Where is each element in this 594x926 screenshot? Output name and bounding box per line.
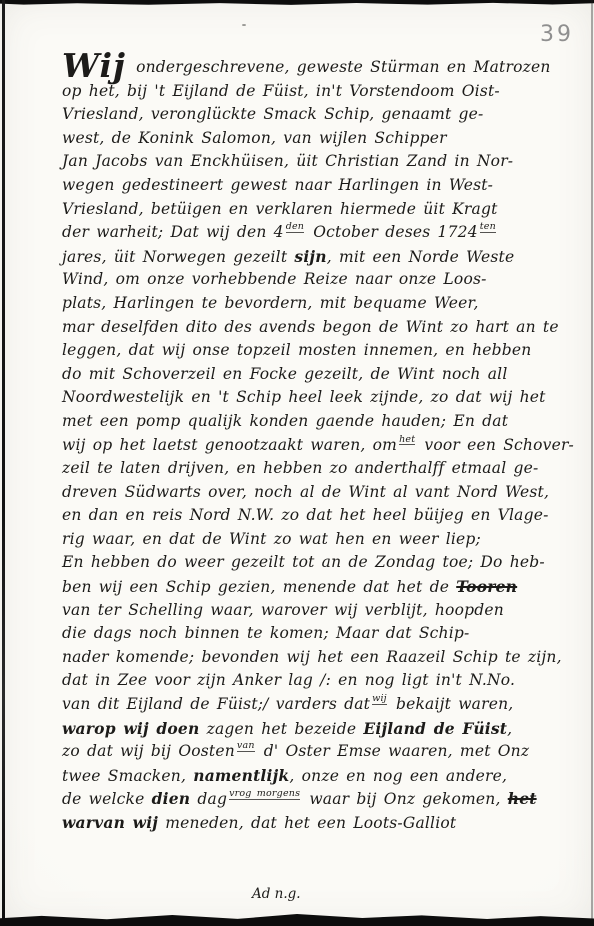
manuscript-text-segment: dreven Südwarts over, noch al de Wint al…: [62, 483, 549, 501]
manuscript-line: Vriesland, betüigen en verklaren hiermed…: [62, 198, 578, 222]
manuscript-text-segment: leggen, dat wij onse topzeil mosten inne…: [62, 341, 531, 359]
manuscript-text-segment: ondergeschrevene, geweste Stürman en Mat…: [129, 58, 551, 76]
manuscript-line: jares, üit Norwegen gezeilt sijn, mit ee…: [62, 245, 578, 269]
manuscript-text-segment: En hebben do weer gezeilt tot an de Zond…: [62, 553, 545, 571]
manuscript-text-segment: Vriesland, veronglückte Smack Schip, gen…: [62, 105, 483, 123]
manuscript-line: warop wij doen zagen het bezeide Eijland…: [62, 717, 578, 741]
manuscript-text-segment: jares, üit Norwegen gezeilt: [62, 248, 294, 266]
manuscript-text-segment: zeil te laten drijven, en hebben zo ande…: [62, 459, 538, 477]
manuscript-text-segment: van ter Schelling waar, warover wij verb…: [62, 601, 504, 619]
manuscript-text-segment: namentlijk: [193, 766, 289, 785]
manuscript-line: Wij ondergeschrevene, geweste Stürman en…: [62, 56, 578, 80]
inserted-word: wij: [372, 694, 387, 705]
scan-border-left: [2, 0, 5, 926]
manuscript-line: der warheit; Dat wij den 4den October de…: [62, 221, 578, 245]
inserted-word: het: [399, 435, 415, 446]
manuscript-text-segment: Noordwestelijk en 't Schip heel leek zij…: [62, 388, 546, 406]
manuscript-line: west, de Konink Salomon, van wijlen Schi…: [62, 127, 578, 151]
manuscript-line: en dan en reis Nord N.W. zo dat het heel…: [62, 504, 578, 528]
manuscript-text-segment: sijn: [294, 247, 326, 266]
inserted-word: den: [286, 222, 304, 233]
manuscript-line: wegen gedestineert gewest naar Harlingen…: [62, 174, 578, 198]
manuscript-text-segment: Jan Jacobs van Enckhüisen, üit Christian…: [62, 152, 513, 170]
manuscript-text-segment: d' Oster Emse waaren, met Onz: [257, 742, 530, 760]
manuscript-text-segment: de welcke: [62, 790, 152, 808]
manuscript-text-segment: west, de Konink Salomon, van wijlen Schi…: [62, 129, 447, 147]
manuscript-text-segment: ben wij een Schip gezien, menende dat he…: [62, 578, 456, 596]
manuscript-text-segment: nader komende; bevonden wij het een Raaz…: [62, 648, 562, 666]
manuscript-text-segment: op het, bij 't Eijland de Füist, in't Vo…: [62, 82, 500, 100]
manuscript-line: op het, bij 't Eijland de Füist, in't Vo…: [62, 80, 578, 104]
manuscript-text-segment: warvan wij: [62, 813, 158, 832]
manuscript-text-segment: meneden, dat het een Loots-Galliot: [158, 814, 456, 832]
manuscript-text-segment: warop wij doen: [62, 719, 199, 738]
manuscript-line: Jan Jacobs van Enckhüisen, üit Christian…: [62, 150, 578, 174]
manuscript-text-segment: zagen het bezeide: [199, 720, 363, 738]
manuscript-text-segment: Vriesland, betüigen en verklaren hiermed…: [62, 200, 498, 218]
scan-border-bottom: [0, 913, 594, 926]
manuscript-line: do mit Schoverzeil en Focke gezeilt, de …: [62, 363, 578, 387]
struck-word: het: [508, 789, 537, 808]
manuscript-line: Vriesland, veronglückte Smack Schip, gen…: [62, 103, 578, 127]
manuscript-text: Wij ondergeschrevene, geweste Stürman en…: [62, 56, 578, 835]
manuscript-line: twee Smacken, namentlijk, onze en nog ee…: [62, 764, 578, 788]
manuscript-text-segment: , onze en nog een andere,: [289, 767, 507, 785]
manuscript-line: mar deselfden dito des avends begon de W…: [62, 316, 578, 340]
manuscript-text-segment: , mit een Norde Weste: [327, 248, 515, 266]
manuscript-text-segment: van dit Eijland de Füist;/ varders dat: [62, 695, 370, 713]
manuscript-text-segment: twee Smacken,: [62, 767, 193, 785]
manuscript-line: Wind, om onze vorhebbende Reize naar onz…: [62, 268, 578, 292]
manuscript-text-segment: dien: [152, 789, 191, 808]
manuscript-text-segment: do mit Schoverzeil en Focke gezeilt, de …: [62, 365, 508, 383]
manuscript-line: zeil te laten drijven, en hebben zo ande…: [62, 457, 578, 481]
inserted-word: van: [237, 741, 255, 752]
manuscript-text-segment: en dan en reis Nord N.W. zo dat het heel…: [62, 506, 549, 524]
manuscript-text-segment: plats, Harlingen te bevordern, mit bequa…: [62, 294, 479, 312]
manuscript-text-segment: ,: [507, 720, 512, 738]
manuscript-line: plats, Harlingen te bevordern, mit bequa…: [62, 292, 578, 316]
manuscript-line: van dit Eijland de Füist;/ varders datwi…: [62, 693, 578, 717]
manuscript-line: warvan wij meneden, dat het een Loots-Ga…: [62, 811, 578, 835]
scan-border-right: [591, 0, 593, 926]
manuscript-line: En hebben do weer gezeilt tot an de Zond…: [62, 551, 578, 575]
manuscript-line: wij op het laetst genootzaakt waren, omh…: [62, 434, 578, 458]
manuscript-text-segment: dat in Zee voor zijn Anker lag /: en nog…: [62, 671, 515, 689]
manuscript-text-segment: zo dat wij bij Oosten: [62, 742, 235, 760]
manuscript-text-segment: mar deselfden dito des avends begon de W…: [62, 318, 559, 336]
scan-border-top: [0, 0, 594, 6]
manuscript-line: dreven Südwarts over, noch al de Wint al…: [62, 481, 578, 505]
manuscript-text-segment: October deses 1724: [306, 223, 478, 241]
scan-speck: [242, 24, 246, 26]
page-number: 39: [540, 22, 574, 47]
manuscript-text-segment: wegen gedestineert gewest naar Harlingen…: [62, 176, 493, 194]
manuscript-text-segment: die dags noch binnen te komen; Maar dat …: [62, 624, 469, 642]
manuscript-text-segment: dag: [190, 790, 227, 808]
manuscript-line: van ter Schelling waar, warover wij verb…: [62, 599, 578, 623]
manuscript-text-segment: met een pomp qualijk konden gaende haude…: [62, 412, 508, 430]
manuscript-line: nader komende; bevonden wij het een Raaz…: [62, 646, 578, 670]
manuscript-text-segment: Wind, om onze vorhebbende Reize naar onz…: [62, 270, 487, 288]
manuscript-line: Noordwestelijk en 't Schip heel leek zij…: [62, 386, 578, 410]
scanned-page: 39 Wij ondergeschrevene, geweste Stürman…: [0, 0, 594, 926]
manuscript-line: ben wij een Schip gezien, menende dat he…: [62, 575, 578, 599]
inserted-word: vrog morgens: [229, 789, 300, 800]
manuscript-line: rig waar, en dat de Wint zo wat hen en w…: [62, 528, 578, 552]
manuscript-line: met een pomp qualijk konden gaende haude…: [62, 410, 578, 434]
manuscript-text-segment: Eijland de Füist: [363, 719, 507, 738]
inserted-word: ten: [480, 222, 496, 233]
manuscript-line: dat in Zee voor zijn Anker lag /: en nog…: [62, 669, 578, 693]
manuscript-text-segment: bekaijt waren,: [389, 695, 514, 713]
catchword: Ad n.g.: [252, 886, 301, 902]
struck-word: Tooren: [456, 577, 517, 596]
manuscript-text-segment: waar bij Onz gekomen,: [302, 790, 508, 808]
manuscript-line: de welcke dien dagvrog morgens waar bij …: [62, 787, 578, 811]
manuscript-text-segment: der warheit; Dat wij den 4: [62, 223, 284, 241]
manuscript-text-segment: voor een Schover-: [417, 436, 574, 454]
manuscript-line: die dags noch binnen te komen; Maar dat …: [62, 622, 578, 646]
manuscript-line: zo dat wij bij Oostenvan d' Oster Emse w…: [62, 740, 578, 764]
manuscript-text-segment: wij op het laetst genootzaakt waren, om: [62, 436, 397, 454]
manuscript-text-segment: rig waar, en dat de Wint zo wat hen en w…: [62, 530, 481, 548]
manuscript-line: leggen, dat wij onse topzeil mosten inne…: [62, 339, 578, 363]
